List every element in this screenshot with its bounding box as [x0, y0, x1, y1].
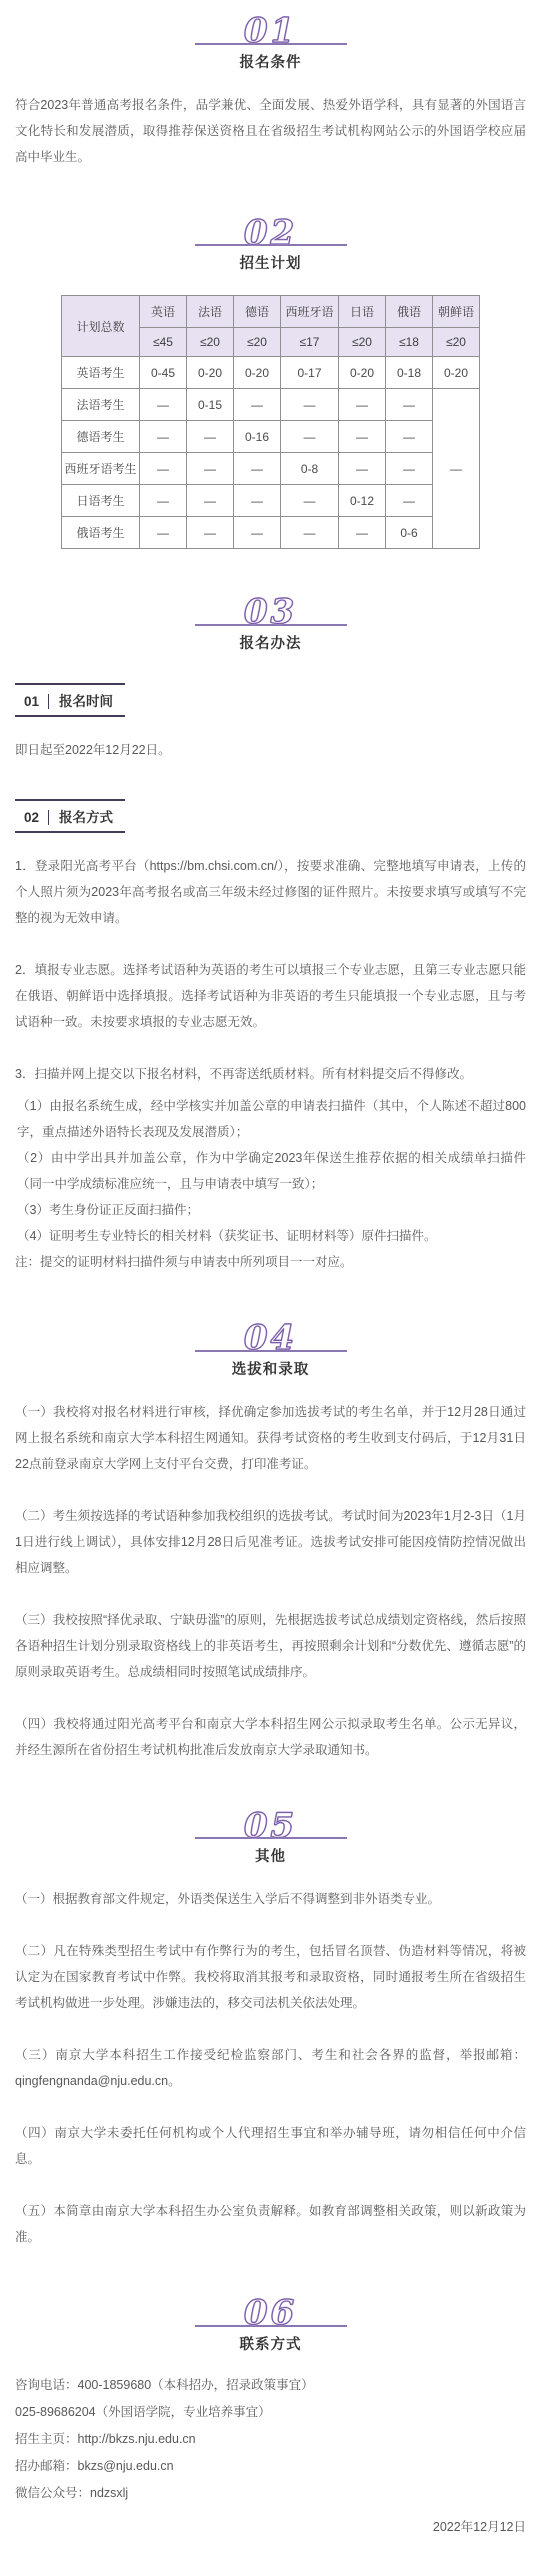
section-2-header: 02 招生计划 — [15, 216, 526, 274]
selection-paragraph-4: （四）我校将通过阳光高考平台和南京大学本科招生网公示拟录取考生名单。公示无异议，… — [15, 1711, 526, 1763]
other-paragraph-4: （四）南京大学未委托任何机构或个人代理招生事宜和举办辅导班，请勿相信任何中介信息… — [15, 2120, 526, 2172]
method-paragraph-1: 1．登录阳光高考平台（https://bm.chsi.com.cn/），按要求准… — [15, 853, 526, 931]
row-label: 法语考生 — [62, 389, 140, 421]
table-cell: — — [234, 389, 281, 421]
contact-phone-college: 025-89686204（外国语学院，专业培养事宜） — [15, 2399, 526, 2426]
row-label: 日语考生 — [62, 485, 140, 517]
table-cell: — — [140, 421, 187, 453]
subsection-title: 报名方式 — [48, 810, 125, 825]
table-merged-cell: — — [433, 389, 480, 549]
section-4-number: 04 — [244, 1321, 297, 1357]
table-cell: — — [187, 453, 234, 485]
row-label: 德语考生 — [62, 421, 140, 453]
section-1-title: 报名条件 — [15, 51, 526, 72]
table-row: 法语考生 — 0-15 — — — — — — [62, 389, 480, 421]
table-cell: 0-8 — [281, 453, 339, 485]
quota-cell: ≤20 — [187, 328, 234, 357]
section-3-number: 03 — [244, 595, 297, 631]
document-page: 01 报名条件 符合2023年普通高考报名条件，品学兼优、全面发展、热爱外语学科… — [0, 0, 541, 2565]
table-cell: — — [234, 485, 281, 517]
table-cell: — — [281, 517, 339, 549]
table-cell: 0-17 — [281, 357, 339, 389]
table-cell: — — [281, 389, 339, 421]
column-header: 日语 — [339, 296, 386, 328]
table-row: 计划总数 英语 法语 德语 西班牙语 日语 俄语 朝鲜语 — [62, 296, 480, 328]
material-item-2: （2）由中学出具并加盖公章，作为中学确定2023年保送生推荐依据的相关成绩单扫描… — [17, 1145, 526, 1197]
section-6-number: 06 — [244, 2296, 297, 2332]
column-header: 俄语 — [386, 296, 433, 328]
table-cell: — — [339, 453, 386, 485]
table-cell: — — [339, 389, 386, 421]
section-2-number: 02 — [244, 216, 297, 252]
table-cell: — — [140, 485, 187, 517]
section-3-header: 03 报名办法 — [15, 595, 526, 653]
quota-cell: ≤20 — [234, 328, 281, 357]
table-cell: 0-18 — [386, 357, 433, 389]
other-paragraph-3: （三）南京大学本科招生工作接受纪检监察部门、考生和社会各界的监督，举报邮箱：qi… — [15, 2042, 526, 2094]
registration-time-text: 即日起至2022年12月22日。 — [15, 737, 526, 763]
material-note: 注：提交的证明材料扫描件须与申请表中所列项目一一对应。 — [15, 1249, 526, 1275]
section-2-title: 招生计划 — [15, 252, 526, 273]
document-date: 2022年12月12日 — [15, 2517, 526, 2535]
contact-email: 招办邮箱：bkzs@nju.edu.cn — [15, 2453, 526, 2480]
other-paragraph-2: （二）凡在特殊类型招生考试中有作弊行为的考生，包括冒名顶替、伪造材料等情况，将被… — [15, 1938, 526, 2016]
table-cell: 0-16 — [234, 421, 281, 453]
section-1-header: 01 报名条件 — [15, 14, 526, 72]
table-cell: 0-20 — [339, 357, 386, 389]
quota-cell: ≤18 — [386, 328, 433, 357]
row-label: 英语考生 — [62, 357, 140, 389]
table-cell: — — [187, 485, 234, 517]
subsection-method-header: 02报名方式 — [15, 799, 125, 833]
other-paragraph-1: （一）根据教育部文件规定，外语类保送生入学后不得调整到非外语类专业。 — [15, 1886, 526, 1912]
quota-cell: ≤20 — [433, 328, 480, 357]
table-corner-cell: 计划总数 — [62, 296, 140, 357]
table-cell: — — [234, 453, 281, 485]
table-cell: — — [339, 421, 386, 453]
subsection-time-header: 01报名时间 — [15, 683, 125, 717]
column-header: 朝鲜语 — [433, 296, 480, 328]
table-row: 俄语考生 — — — — — 0-6 — [62, 517, 480, 549]
section-6-title: 联系方式 — [15, 2333, 526, 2354]
selection-paragraph-3: （三）我校按照“择优录取、宁缺毋滥”的原则，先根据选拔考试总成绩划定资格线，然后… — [15, 1607, 526, 1685]
contact-phone-main: 咨询电话：400-1859680（本科招办，招录政策事宜） — [15, 2372, 526, 2399]
selection-paragraph-2: （二）考生须按选择的考试语种参加我校组织的选拔考试。考试时间为2023年1月2-… — [15, 1503, 526, 1581]
quota-cell: ≤20 — [339, 328, 386, 357]
material-item-3: （3）考生身份证正反面扫描件； — [17, 1197, 526, 1223]
table-cell: — — [140, 517, 187, 549]
table-cell: — — [386, 453, 433, 485]
table-cell: — — [386, 485, 433, 517]
section-1-number: 01 — [244, 14, 297, 50]
table-row: 西班牙语考生 — — — 0-8 — — — [62, 453, 480, 485]
contact-homepage: 招生主页：http://bkzs.nju.edu.cn — [15, 2426, 526, 2453]
contact-wechat: 微信公众号：ndzsxlj — [15, 2480, 526, 2507]
table-cell: — — [281, 485, 339, 517]
table-cell: — — [386, 421, 433, 453]
row-label: 俄语考生 — [62, 517, 140, 549]
other-paragraph-5: （五）本简章由南京大学本科招生办公室负责解释。如教育部调整相关政策，则以新政策为… — [15, 2198, 526, 2250]
material-item-4: （4）证明考生专业特长的相关材料（获奖证书、证明材料等）原件扫描件。 — [17, 1223, 526, 1249]
table-cell: 0-20 — [433, 357, 480, 389]
section-4-header: 04 选拔和录取 — [15, 1321, 526, 1379]
table-cell: — — [140, 453, 187, 485]
subsection-number: 01 — [15, 694, 48, 709]
enrollment-plan-table: 计划总数 英语 法语 德语 西班牙语 日语 俄语 朝鲜语 ≤45 ≤20 ≤20… — [61, 295, 480, 549]
column-header: 西班牙语 — [281, 296, 339, 328]
subsection-title: 报名时间 — [48, 694, 125, 709]
section-1-paragraph: 符合2023年普通高考报名条件，品学兼优、全面发展、热爱外语学科，具有显著的外国… — [15, 92, 526, 170]
table-cell: 0-6 — [386, 517, 433, 549]
table-cell: 0-45 — [140, 357, 187, 389]
column-header: 德语 — [234, 296, 281, 328]
section-5-number: 05 — [244, 1809, 297, 1845]
section-4-title: 选拔和录取 — [15, 1358, 526, 1379]
table-row: 英语考生 0-45 0-20 0-20 0-17 0-20 0-18 0-20 — [62, 357, 480, 389]
column-header: 英语 — [140, 296, 187, 328]
table-row: 德语考生 — — 0-16 — — — — [62, 421, 480, 453]
column-header: 法语 — [187, 296, 234, 328]
table-cell: — — [187, 421, 234, 453]
table-cell: — — [339, 517, 386, 549]
table-cell: — — [234, 517, 281, 549]
section-3-title: 报名办法 — [15, 632, 526, 653]
table-cell: — — [386, 389, 433, 421]
quota-cell: ≤45 — [140, 328, 187, 357]
method-paragraph-2: 2．填报专业志愿。选择考试语种为英语的考生可以填报三个专业志愿，且第三专业志愿只… — [15, 957, 526, 1035]
table-row: 日语考生 — — — — 0-12 — — [62, 485, 480, 517]
selection-paragraph-1: （一）我校将对报名材料进行审核，择优确定参加选拔考试的考生名单，并于12月28日… — [15, 1399, 526, 1477]
material-item-1: （1）由报名系统生成，经中学核实并加盖公章的申请表扫描件（其中，个人陈述不超过8… — [17, 1093, 526, 1145]
table-cell: 0-12 — [339, 485, 386, 517]
table-cell: — — [187, 517, 234, 549]
table-cell: — — [140, 389, 187, 421]
table-cell: 0-20 — [234, 357, 281, 389]
section-5-title: 其他 — [15, 1845, 526, 1866]
subsection-number: 02 — [15, 810, 48, 825]
row-label: 西班牙语考生 — [62, 453, 140, 485]
table-cell: 0-20 — [187, 357, 234, 389]
method-paragraph-3: 3．扫描并网上提交以下报名材料，不再寄送纸质材料。所有材料提交后不得修改。 — [15, 1061, 526, 1087]
quota-cell: ≤17 — [281, 328, 339, 357]
section-5-header: 05 其他 — [15, 1809, 526, 1867]
section-6-header: 06 联系方式 — [15, 2296, 526, 2354]
table-cell: 0-15 — [187, 389, 234, 421]
table-cell: — — [281, 421, 339, 453]
contact-block: 咨询电话：400-1859680（本科招办，招录政策事宜） 025-896862… — [15, 2372, 526, 2507]
